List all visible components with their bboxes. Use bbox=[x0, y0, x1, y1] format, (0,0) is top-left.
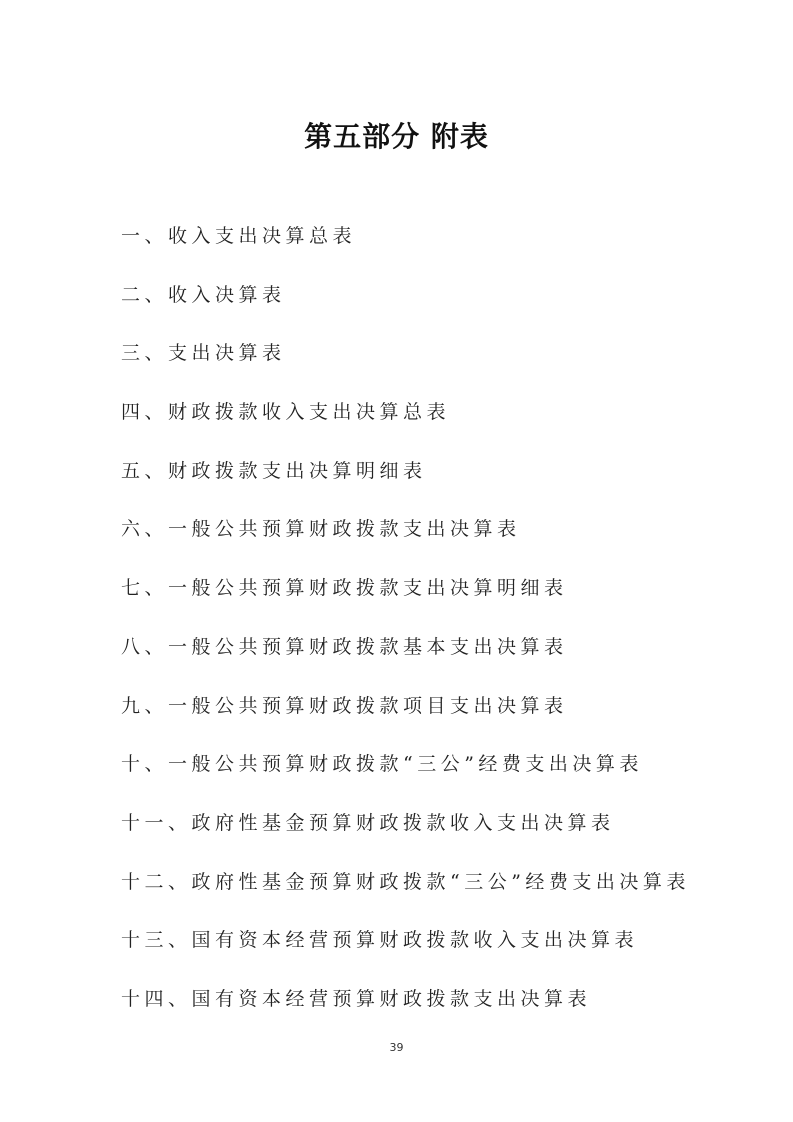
list-item: 十、一般公共预算财政拨款“三公”经费支出决算表 bbox=[121, 749, 690, 808]
page-number: 39 bbox=[0, 1041, 793, 1054]
list-item: 八、一般公共预算财政拨款基本支出决算表 bbox=[121, 632, 690, 691]
list-item: 六、一般公共预算财政拨款支出决算表 bbox=[121, 514, 690, 573]
list-item: 九、一般公共预算财政拨款项目支出决算表 bbox=[121, 691, 690, 750]
page-title: 第五部分 附表 bbox=[0, 117, 793, 157]
appendix-table-list: 一、收入支出决算总表 二、收入决算表 三、支出决算表 四、财政拨款收入支出决算总… bbox=[121, 221, 690, 1043]
list-item: 十三、国有资本经营预算财政拨款收入支出决算表 bbox=[121, 925, 690, 984]
list-item: 四、财政拨款收入支出决算总表 bbox=[121, 397, 690, 456]
list-item: 七、一般公共预算财政拨款支出决算明细表 bbox=[121, 573, 690, 632]
list-item: 五、财政拨款支出决算明细表 bbox=[121, 456, 690, 515]
list-item: 十四、国有资本经营预算财政拨款支出决算表 bbox=[121, 984, 690, 1043]
list-item: 二、收入决算表 bbox=[121, 280, 690, 339]
list-item: 十二、政府性基金预算财政拨款“三公”经费支出决算表 bbox=[121, 867, 690, 926]
list-item: 十一、政府性基金预算财政拨款收入支出决算表 bbox=[121, 808, 690, 867]
list-item: 三、支出决算表 bbox=[121, 338, 690, 397]
list-item: 一、收入支出决算总表 bbox=[121, 221, 690, 280]
